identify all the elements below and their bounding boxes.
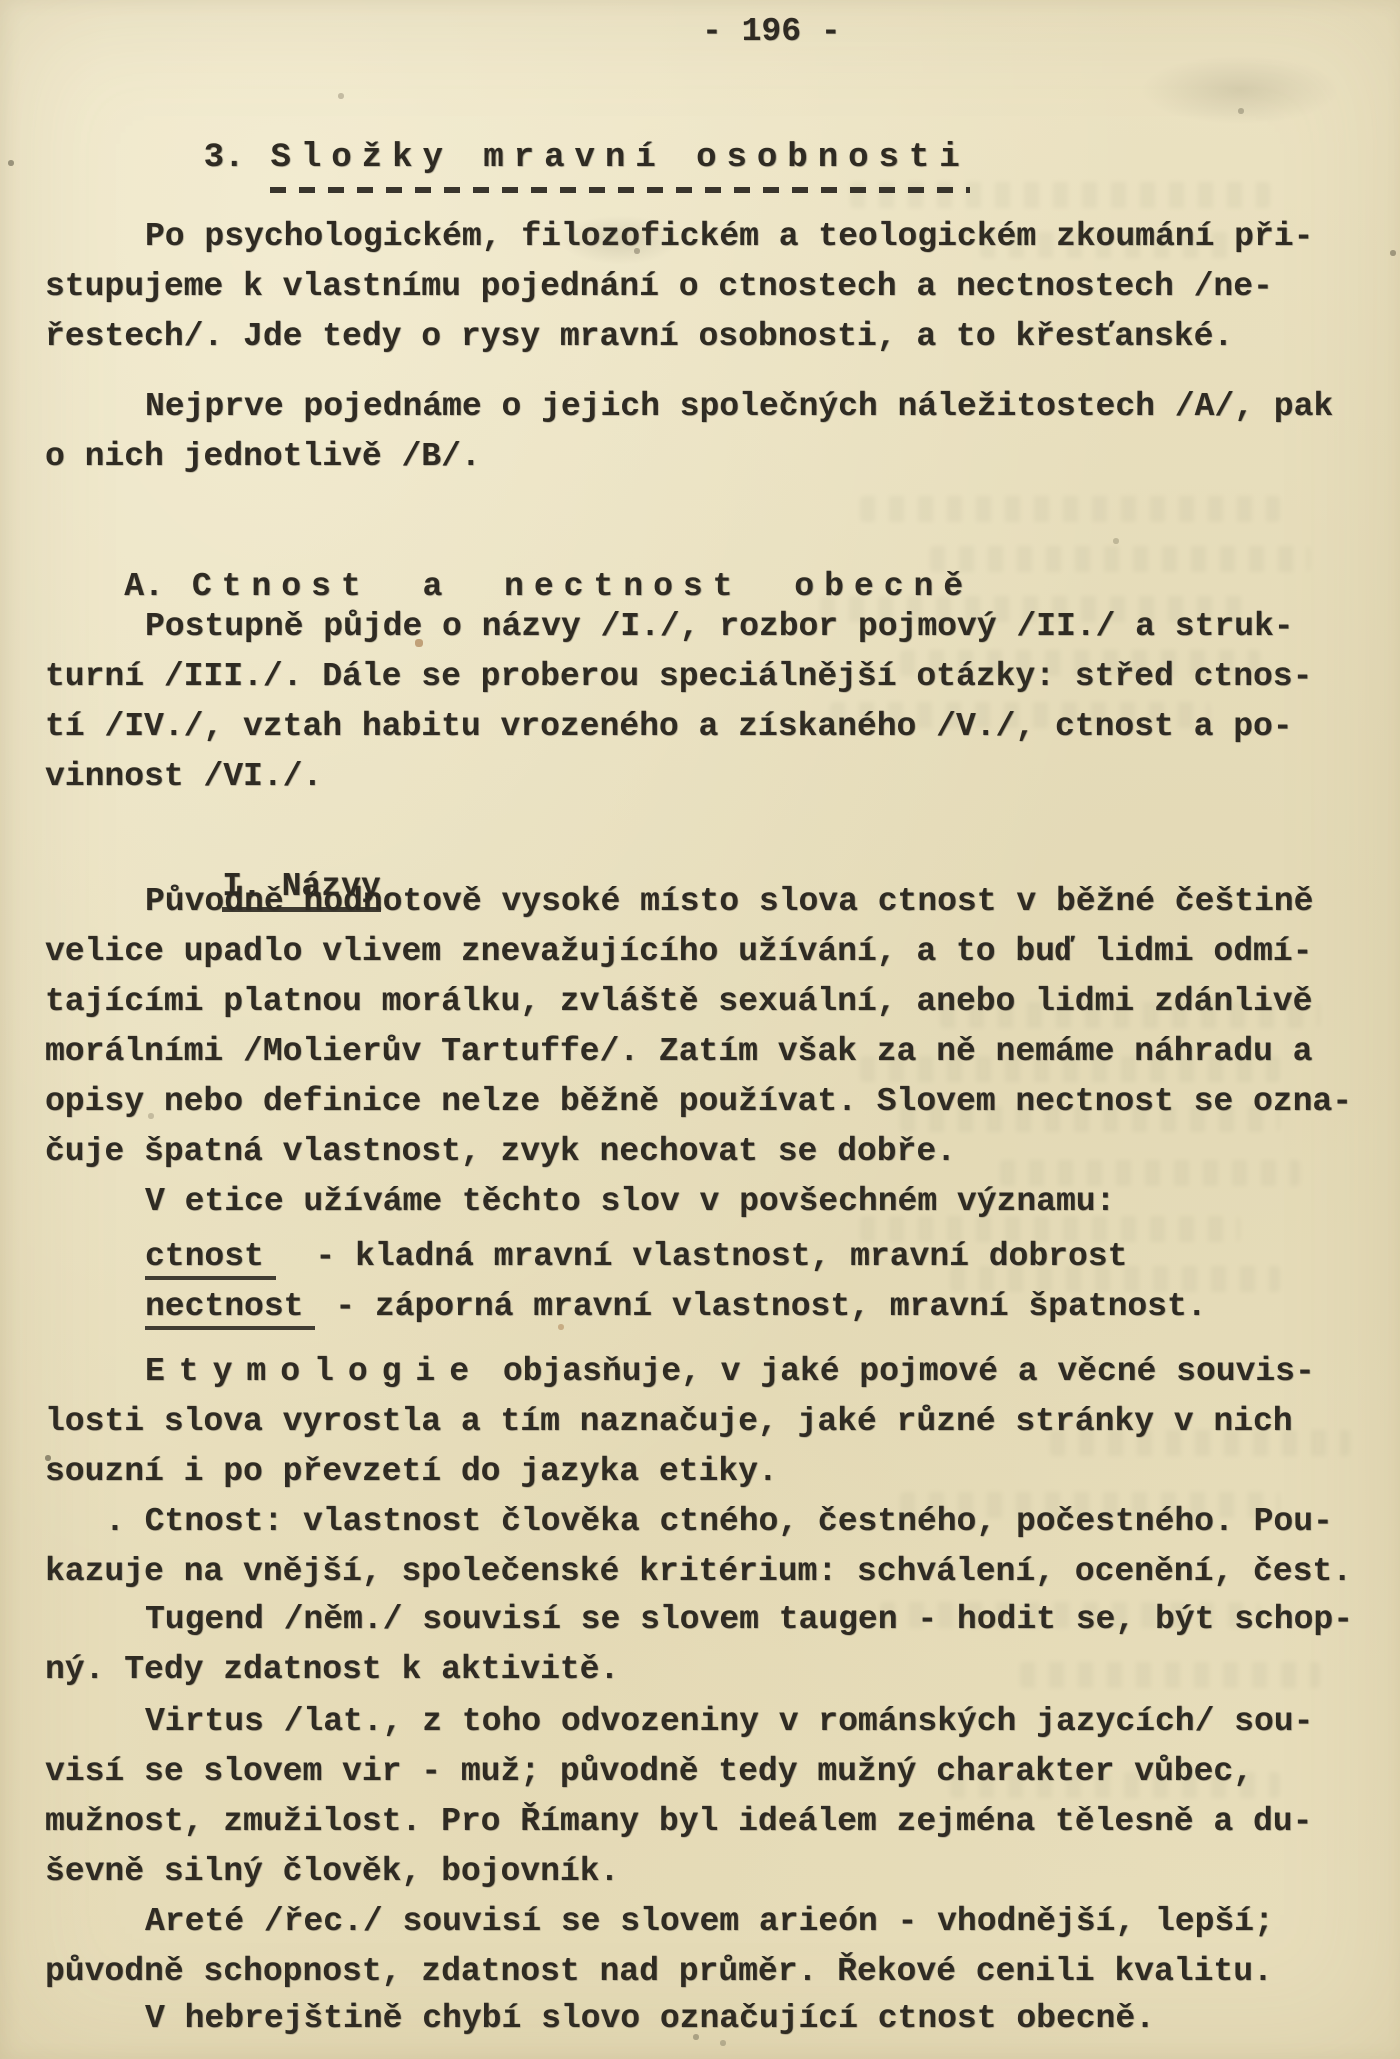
etymologie-text: objasňuje, v jaké pojmové a věcné souvis… — [483, 1353, 1315, 1390]
text-line: tí /IV./, vztah habitu vrozeného a získa… — [45, 702, 1385, 752]
text-line: . Ctnost: vlastnost člověka ctného, čest… — [45, 1497, 1385, 1547]
text-line: Areté /řec./ souvisí se slovem arieón - … — [45, 1897, 1385, 1947]
text-line: V etice užíváme těchto slov v povšechném… — [45, 1177, 1385, 1227]
text-line: Etymologie objasňuje, v jaké pojmové a v… — [45, 1347, 1385, 1397]
text-line: losti slova vyrostla a tím naznačuje, ja… — [45, 1397, 1385, 1447]
definition-line: ctnost - kladná mravní vlastnost, mravní… — [45, 1232, 1385, 1282]
text-line: Po psychologickém, filozofickém a teolog… — [45, 212, 1385, 262]
text-line: Nejprve pojednáme o jejich společných ná… — [45, 382, 1385, 432]
bleed-through-artifact — [930, 546, 1310, 572]
text-line: velice upadlo vlivem znevažujícího užívá… — [45, 927, 1385, 977]
definition-line: nectnost - záporná mravní vlastnost, mra… — [45, 1282, 1385, 1332]
paragraph-arete: Areté /řec./ souvisí se slovem arieón - … — [45, 1897, 1385, 1997]
text-line: kazuje na vnější, společenské kritérium:… — [45, 1547, 1385, 1597]
text-line: řestech/. Jde tedy o rysy mravní osobnos… — [45, 312, 1385, 362]
definition-list: ctnost - kladná mravní vlastnost, mravní… — [45, 1232, 1385, 1332]
text-line: vinnost /VI./. — [45, 752, 1385, 802]
definition-text: - kladná mravní vlastnost, mravní dobros… — [276, 1238, 1128, 1275]
text-line: opisy nebo definice nelze běžně používat… — [45, 1077, 1385, 1127]
paragraph-nazvy: Původně hodnotově vysoké místo slova ctn… — [45, 877, 1385, 1177]
etymologie-term: Etymologie — [145, 1353, 483, 1390]
text-line: ševně silný člověk, bojovník. — [45, 1847, 1385, 1897]
text-line: čuje špatná vlastnost, zvyk nechovat se … — [45, 1127, 1385, 1177]
text-line: původně schopnost, zdatnost nad průměr. … — [45, 1947, 1385, 1997]
text-line: turní /III./. Dále se proberou speciálně… — [45, 652, 1385, 702]
paragraph-etymologie: Etymologie objasňuje, v jaké pojmové a v… — [45, 1347, 1385, 1497]
text-line: visí se slovem vir - muž; původně tedy m… — [45, 1747, 1385, 1797]
part-a-number: A. — [124, 568, 164, 605]
pencil-smudge-artifact — [1140, 55, 1340, 125]
text-line: Postupně půjde o názvy /I./, rozbor pojm… — [45, 602, 1385, 652]
paragraph-overview: Postupně půjde o názvy /I./, rozbor pojm… — [45, 602, 1385, 802]
paragraph-virtus: Virtus /lat., z toho odvozeniny v románs… — [45, 1697, 1385, 1897]
part-a-title: Ctnost a nectnost obecně — [192, 568, 973, 605]
text-line: tajícími platnou morálku, zvláště sexuál… — [45, 977, 1385, 1027]
scanned-document-page: - 196 - 3.Složky mravní osobnosti Po psy… — [0, 0, 1400, 2059]
paragraph-ctnost-cz: . Ctnost: vlastnost člověka ctného, čest… — [45, 1497, 1385, 1597]
text-line: mužnost, zmužilost. Pro Římany byl ideál… — [45, 1797, 1385, 1847]
text-line: souzní i po převzetí do jazyka etiky. — [45, 1447, 1385, 1497]
text-line: V hebrejštině chybí slovo označující ctn… — [45, 1994, 1385, 2044]
dust-speck-artifacts — [0, 0, 2, 2]
definition-term-nectnost: nectnost — [145, 1288, 315, 1330]
paragraph-tugend: Tugend /něm./ souvisí se slovem taugen -… — [45, 1595, 1385, 1695]
text-line: Původně hodnotově vysoké místo slova ctn… — [45, 877, 1385, 927]
text-line: morálními /Molierův Tartuffe/. Zatím vša… — [45, 1027, 1385, 1077]
section-heading-number: 3. — [204, 139, 245, 177]
text-line: Tugend /něm./ souvisí se slovem taugen -… — [45, 1595, 1385, 1645]
text-line: Virtus /lat., z toho odvozeniny v románs… — [45, 1697, 1385, 1747]
definition-term-ctnost: ctnost — [145, 1238, 276, 1280]
paragraph-intro2: Nejprve pojednáme o jejich společných ná… — [45, 382, 1385, 482]
paragraph-intro1: Po psychologickém, filozofickém a teolog… — [45, 212, 1385, 362]
page-number: - 196 - — [702, 12, 841, 52]
text-line: stupujeme k vlastnímu pojednání o ctnost… — [45, 262, 1385, 312]
text-line: ný. Tedy zdatnost k aktivitě. — [45, 1645, 1385, 1695]
paragraph-etika-intro: V etice užíváme těchto slov v povšechném… — [45, 1177, 1385, 1227]
paragraph-hebrew: V hebrejštině chybí slovo označující ctn… — [45, 1994, 1385, 2044]
section-heading-title: Složky mravní osobnosti — [270, 134, 969, 193]
definition-text: - záporná mravní vlastnost, mravní špatn… — [315, 1288, 1206, 1325]
text-line: o nich jednotlivě /B/. — [45, 432, 1385, 482]
